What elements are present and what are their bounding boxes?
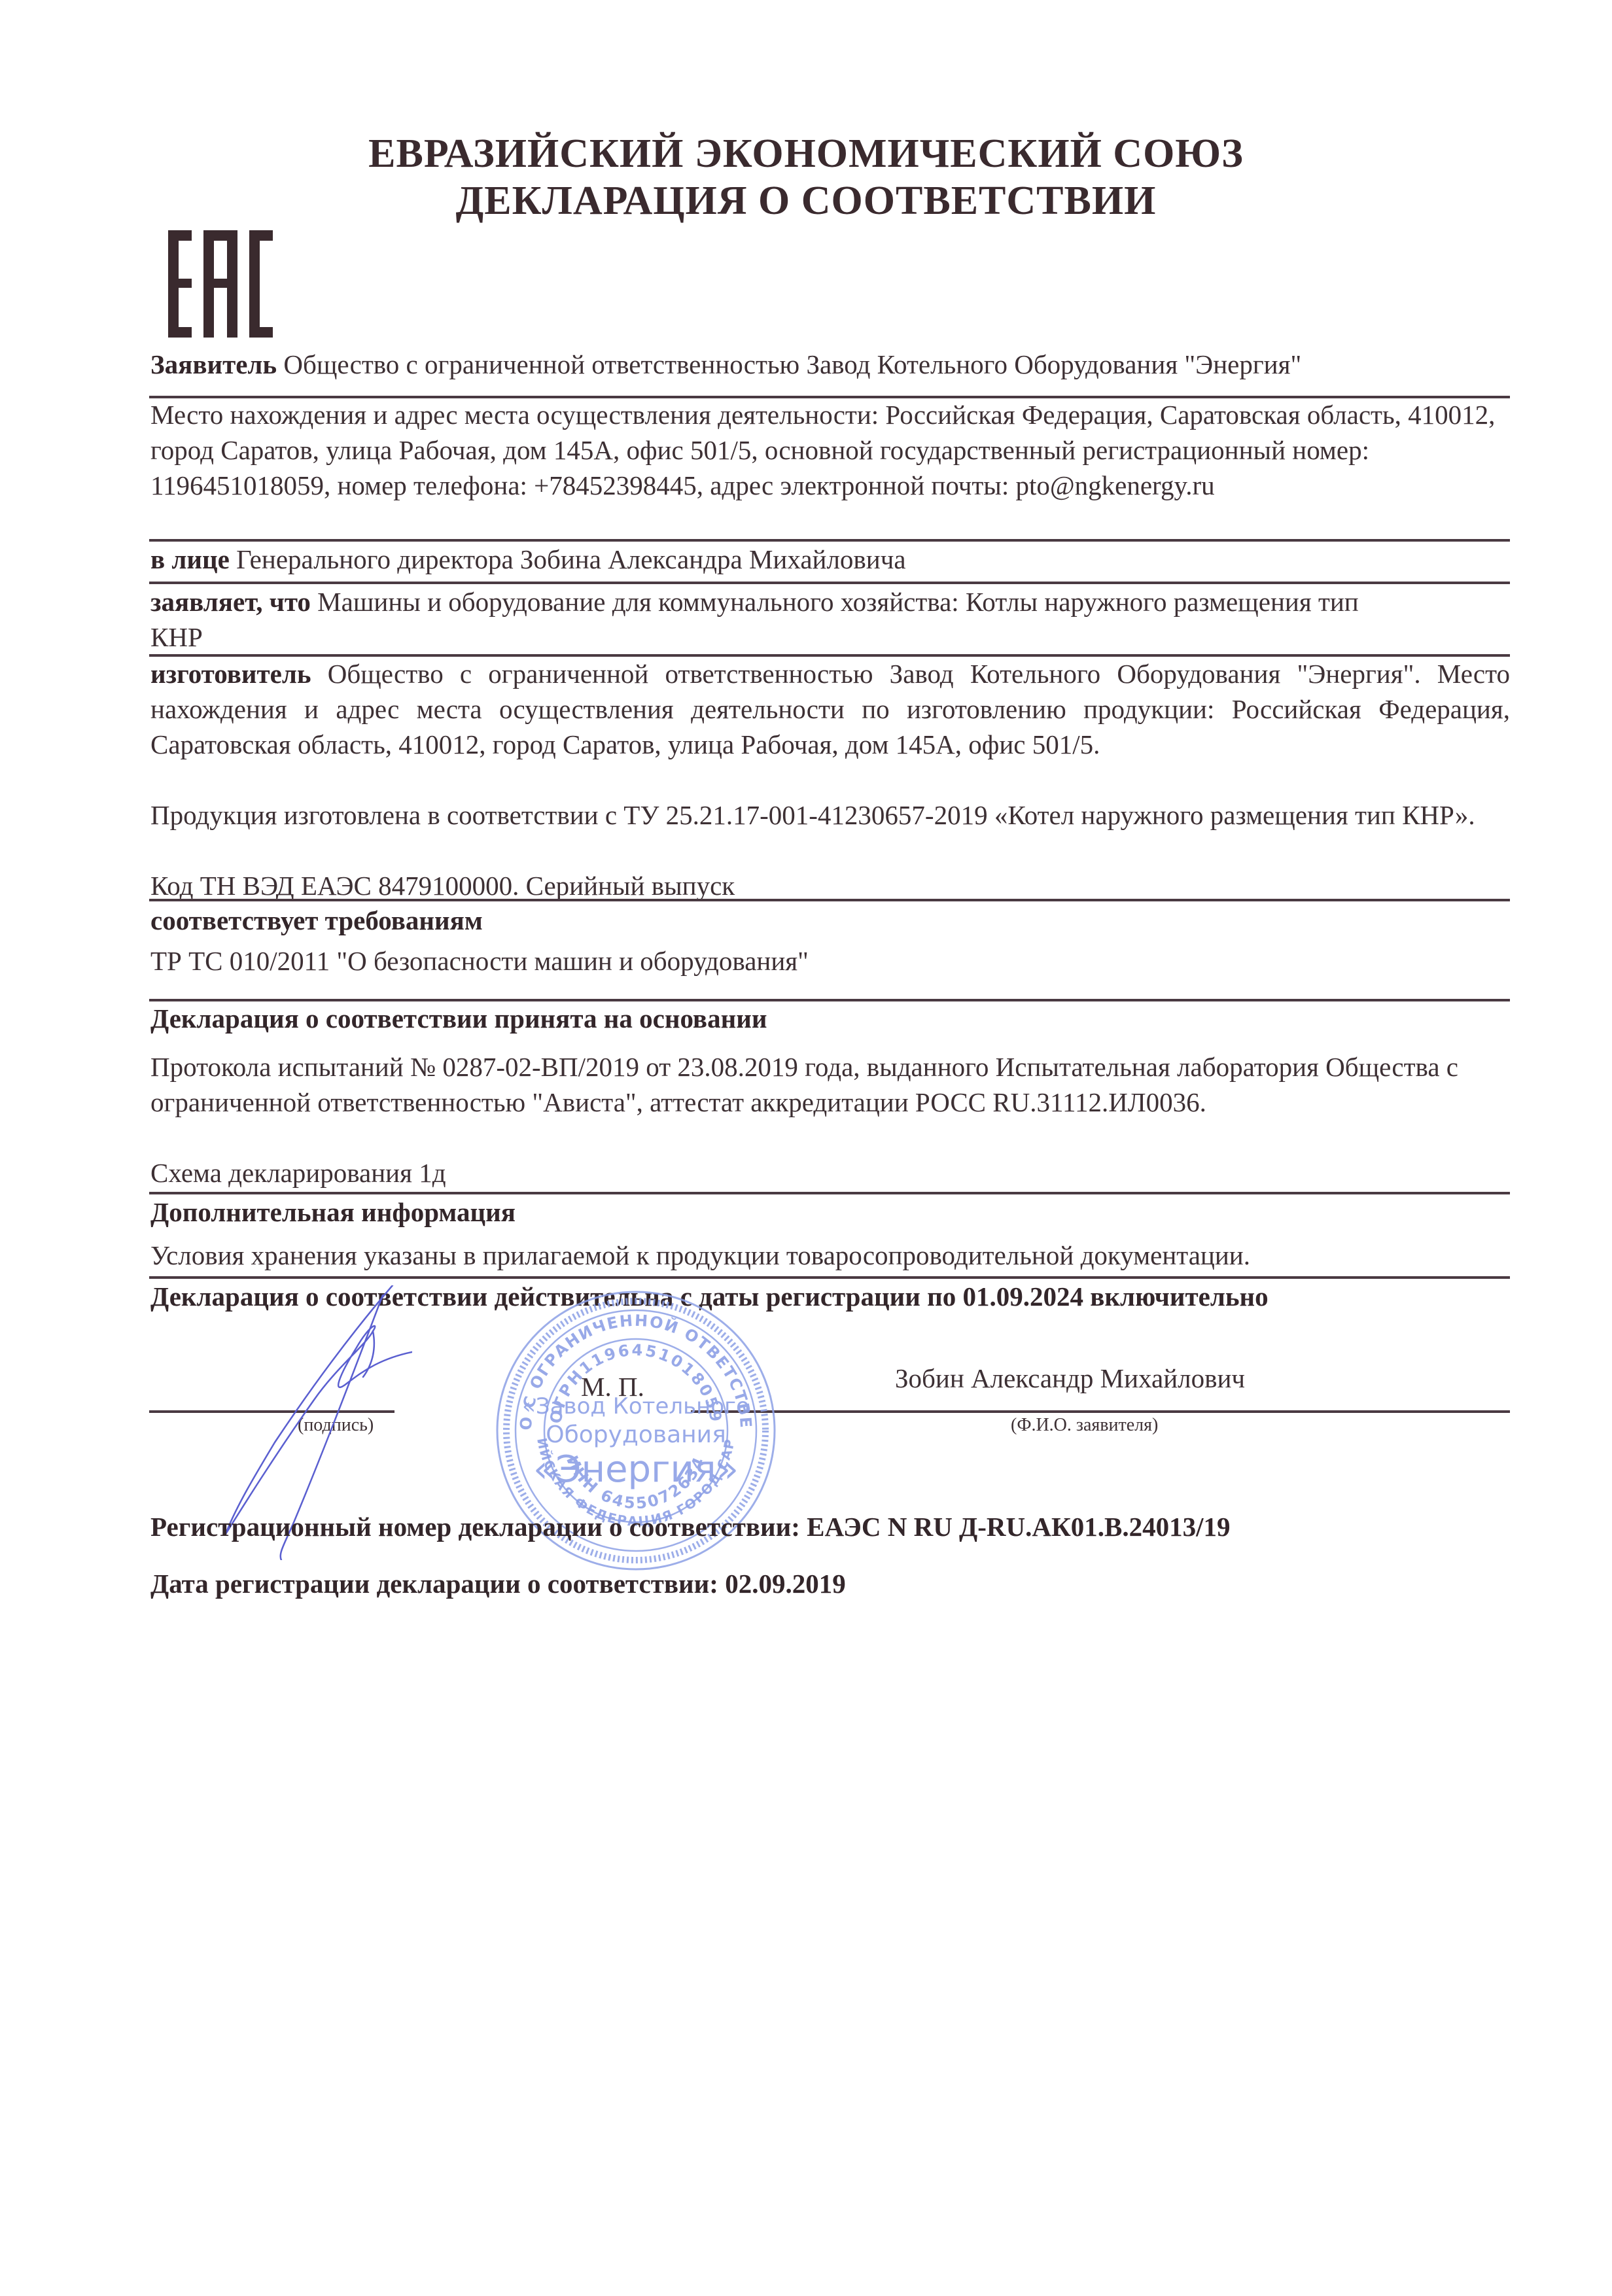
registration-number-row: Регистрационный номер декларации о соотв…	[150, 1509, 1510, 1544]
applicant-row: Заявитель Общество с ограниченной ответс…	[150, 347, 1510, 382]
declares-row: заявляет, что Машины и оборудование для …	[150, 584, 1361, 655]
registration-date-value: 02.09.2019	[725, 1569, 846, 1599]
declaration-page: ЕВРАЗИЙСКИЙ ЭКОНОМИЧЕСКИЙ СОЮЗ ДЕКЛАРАЦИ…	[0, 0, 1612, 2296]
registration-date-label: Дата регистрации декларации о соответств…	[150, 1569, 725, 1599]
union-title: ЕВРАЗИЙСКИЙ ЭКОНОМИЧЕСКИЙ СОЮЗ	[0, 131, 1612, 177]
represented-row: в лице Генерального директора Зобина Але…	[150, 542, 1510, 577]
address-block: Место нахождения и адрес места осуществл…	[150, 397, 1510, 503]
document-title: ДЕКЛАРАЦИЯ О СООТВЕТСТВИИ	[0, 178, 1612, 224]
represented-label: в лице	[150, 544, 230, 574]
requirements-label: соответствует требованиям	[150, 903, 1510, 938]
registration-date-row: Дата регистрации декларации о соответств…	[150, 1566, 1510, 1601]
additional-value: Условия хранения указаны в прилагаемой к…	[150, 1238, 1510, 1273]
registration-number-value: ЕАЭС N RU Д-RU.АК01.В.24013/19	[807, 1512, 1230, 1542]
product-code: Код ТН ВЭД ЕАЭС 8479100000. Серийный вып…	[150, 868, 1510, 903]
manufacturer-value: Общество с ограниченной ответственностью…	[150, 659, 1510, 759]
declares-value: Машины и оборудование для коммунального …	[150, 587, 1359, 652]
basis-value: Протокола испытаний № 0287-02-ВП/2019 от…	[150, 1049, 1518, 1120]
svg-text:Оборудования: Оборудования	[546, 1421, 726, 1448]
represented-value: Генерального директора Зобина Александра…	[230, 544, 906, 574]
declares-label: заявляет, что	[150, 587, 311, 617]
declaration-scheme: Схема декларирования 1д	[150, 1155, 1510, 1191]
additional-label: Дополнительная информация	[150, 1194, 1510, 1230]
name-caption: (Ф.И.О. заявителя)	[1011, 1415, 1158, 1436]
basis-label: Декларация о соответствии принята на осн…	[150, 1001, 1510, 1036]
manufacturer-label: изготовитель	[150, 659, 311, 689]
manufacturer-spec: Продукция изготовлена в соответствии с Т…	[150, 797, 1510, 833]
manufacturer-row: изготовитель Общество с ограниченной отв…	[150, 656, 1510, 762]
requirements-value: ТР ТС 010/2011 "О безопасности машин и о…	[150, 943, 1510, 979]
svg-text:«Завод Котельного: «Завод Котельного	[522, 1393, 750, 1419]
divider	[149, 899, 1510, 901]
applicant-label: Заявитель	[150, 349, 277, 379]
eac-mark-icon	[168, 230, 273, 338]
applicant-name: Зобин Александр Михайлович	[895, 1363, 1245, 1394]
registration-number-label: Регистрационный номер декларации о соотв…	[150, 1512, 807, 1542]
svg-text:«Энергия»: «Энергия»	[533, 1448, 739, 1491]
name-line	[691, 1410, 1510, 1413]
applicant-value: Общество с ограниченной ответственностью…	[277, 349, 1301, 379]
